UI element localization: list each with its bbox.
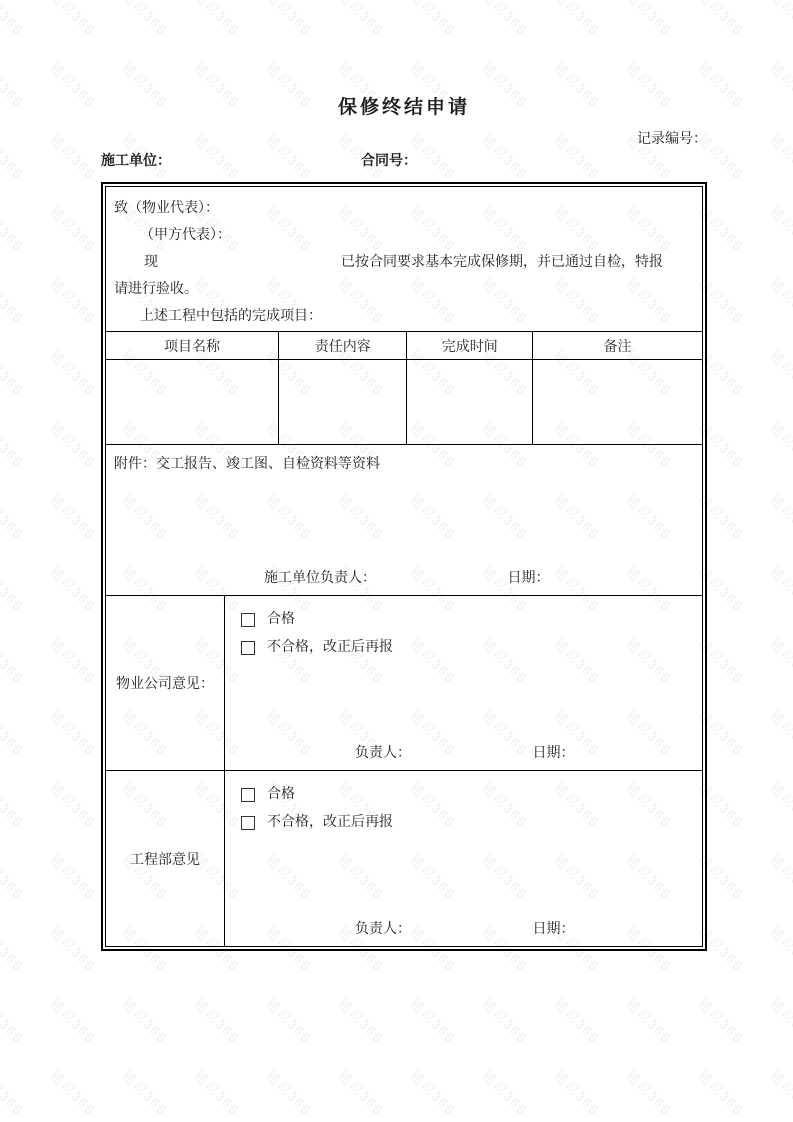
attachment-label: 附件：交工报告、竣工图、自检资料等资料 — [114, 454, 694, 476]
attachment-section: 附件：交工报告、竣工图、自检资料等资料 施工单位负责人： 日期： — [106, 445, 702, 595]
column-header-project-name: 项目名称 — [106, 332, 278, 360]
to-property-label: 致（物业代表）： — [114, 195, 694, 222]
form-box: 致（物业代表）： （甲方代表）： 现已按合同要求基本完成保修期，并已通过自检，特… — [101, 182, 707, 951]
date-label: 日期： — [533, 922, 575, 937]
projects-label: 上述工程中包括的完成项目： — [114, 303, 694, 330]
option-qualified: 合格 — [233, 781, 694, 809]
table-header-row: 项目名称 责任内容 完成时间 备注 — [106, 332, 702, 360]
option-unqualified: 不合格，改正后再报 — [233, 809, 694, 837]
watermark-text: 建识365 — [47, 993, 101, 1047]
unit-contract-line: 施工单位： 合同号： — [101, 153, 707, 170]
engineering-dept-opinion-label: 工程部意见 — [106, 771, 225, 946]
option-unqualified: 不合格，改正后再报 — [233, 634, 694, 662]
option-unqualified-label: 不合格，改正后再报 — [267, 809, 393, 837]
property-company-opinion-section: 物业公司意见： 合格 不合格，改正后再报 负责人： 日期： — [106, 595, 702, 770]
table-cell — [532, 360, 702, 445]
page-title: 保修终结申请 — [101, 0, 707, 119]
option-unqualified-label: 不合格，改正后再报 — [267, 634, 393, 662]
watermark-text: 建识365 — [623, 993, 677, 1047]
statement-tail: 请进行验收。 — [114, 276, 694, 303]
record-number-label: 记录编号： — [101, 132, 707, 148]
date-label: 日期： — [508, 571, 550, 586]
attachment-signature-line: 施工单位负责人： 日期： — [114, 568, 694, 590]
option-qualified-label: 合格 — [267, 781, 295, 809]
property-company-opinion-label: 物业公司意见： — [106, 596, 225, 770]
watermark-text: 建识365 — [695, 1065, 749, 1119]
to-party-a-label: （甲方代表）： — [114, 222, 694, 249]
completed-items-table: 项目名称 责任内容 完成时间 备注 — [106, 331, 702, 445]
table-row — [106, 360, 702, 445]
watermark-text: 建识365 — [47, 1065, 101, 1119]
statement-body: 已按合同要求基本完成保修期，并已通过自检，特报 — [341, 255, 663, 270]
option-qualified: 合格 — [233, 606, 694, 634]
watermark-text: 建识365 — [0, 1065, 29, 1119]
contract-number-label: 合同号： — [361, 153, 417, 170]
form-box-inner: 致（物业代表）： （甲方代表）： 现已按合同要求基本完成保修期，并已通过自检，特… — [105, 186, 703, 947]
column-header-remarks: 备注 — [532, 332, 702, 360]
watermark-text: 建识365 — [479, 1065, 533, 1119]
document-page: 建识365建识365建识365建识365建识365建识365建识365建识365… — [0, 0, 793, 1122]
watermark-text: 建识365 — [191, 993, 245, 1047]
watermark-text: 建识365 — [119, 993, 173, 1047]
watermark-text: 建识365 — [407, 993, 461, 1047]
property-company-signature-line: 负责人： 日期： — [233, 743, 694, 765]
watermark-text: 建识365 — [551, 993, 605, 1047]
column-header-responsibility: 责任内容 — [278, 332, 406, 360]
watermark-text: 建识365 — [695, 993, 749, 1047]
watermark-text: 建识365 — [623, 1065, 677, 1119]
engineering-dept-signature-line: 负责人： 日期： — [233, 919, 694, 941]
watermark-text: 建识365 — [0, 993, 29, 1047]
watermark-text: 建识365 — [767, 993, 793, 1047]
property-company-opinion-content: 合格 不合格，改正后再报 负责人： 日期： — [225, 596, 702, 770]
checkbox-icon[interactable] — [241, 816, 255, 830]
watermark-text: 建识365 — [551, 1065, 605, 1119]
construction-unit-label: 施工单位： — [101, 153, 171, 170]
checkbox-icon[interactable] — [241, 641, 255, 655]
construction-unit-signer-label: 施工单位负责人： — [264, 571, 376, 586]
engineering-dept-opinion-content: 合格 不合格，改正后再报 负责人： 日期： — [225, 771, 702, 946]
watermark-text: 建识365 — [479, 993, 533, 1047]
watermark-text: 建识365 — [407, 1065, 461, 1119]
responsible-person-label: 负责人： — [355, 746, 411, 761]
table-cell — [407, 360, 533, 445]
option-qualified-label: 合格 — [267, 606, 295, 634]
statement-line: 现已按合同要求基本完成保修期，并已通过自检，特报 — [114, 249, 694, 276]
engineering-dept-opinion-section: 工程部意见 合格 不合格，改正后再报 负责人： 日期： — [106, 770, 702, 946]
checkbox-icon[interactable] — [241, 613, 255, 627]
date-label: 日期： — [533, 746, 575, 761]
table-cell — [106, 360, 278, 445]
watermark-text: 建识365 — [335, 993, 389, 1047]
watermark-text: 建识365 — [191, 1065, 245, 1119]
watermark-text: 建识365 — [767, 1065, 793, 1119]
responsible-person-label: 负责人： — [355, 922, 411, 937]
column-header-completion-time: 完成时间 — [407, 332, 533, 360]
watermark-text: 建识365 — [335, 1065, 389, 1119]
checkbox-icon[interactable] — [241, 788, 255, 802]
statement-prefix: 现 — [144, 255, 158, 270]
intro-section: 致（物业代表）： （甲方代表）： 现已按合同要求基本完成保修期，并已通过自检，特… — [106, 187, 702, 331]
watermark-text: 建识365 — [119, 1065, 173, 1119]
watermark-text: 建识365 — [263, 993, 317, 1047]
watermark-text: 建识365 — [263, 1065, 317, 1119]
table-cell — [278, 360, 406, 445]
form-content: 保修终结申请 记录编号： 施工单位： 合同号： 致（物业代表）： （甲方代表）：… — [0, 0, 793, 951]
